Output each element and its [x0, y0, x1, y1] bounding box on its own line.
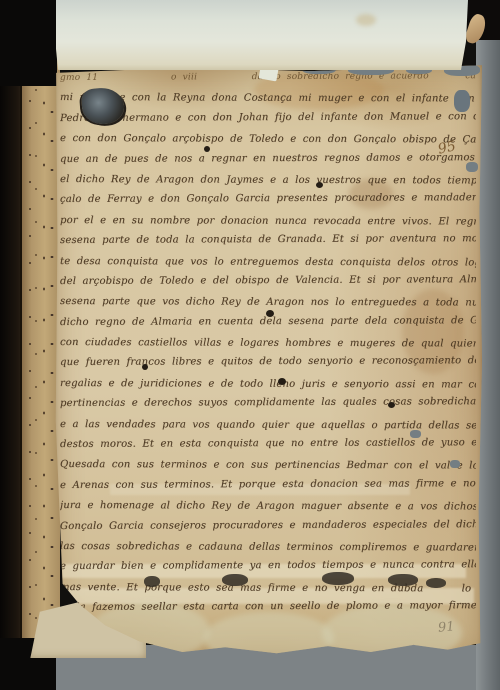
dark-corner-top-left [0, 0, 57, 86]
text-line: nella fazemos seellar esta carta con un … [60, 596, 476, 618]
damage-smudge [388, 574, 418, 586]
damage-smudge [322, 572, 354, 585]
text-line: çalo de Ferray e don Gonçalo Garcia pres… [60, 189, 476, 211]
ink-spot [266, 310, 274, 317]
paper-hole [410, 430, 421, 438]
damage-smudge [426, 578, 446, 588]
text-line: del arçobispo de Toledo e del obispo de … [60, 270, 476, 292]
text-line: que an de pues de nos a regnar en nuestr… [60, 148, 476, 170]
text-line: e Arenas con sus terminos. Et porque est… [60, 474, 476, 496]
folio-number-corner: 91 [437, 619, 455, 635]
text-line: que fueren francos libres e quitos de to… [60, 352, 476, 374]
ink-spot [316, 182, 323, 188]
ink-spot [204, 146, 210, 152]
ink-spot [388, 402, 395, 408]
handwritten-text-block: gmo 11 o viii dando sobredicho regno e a… [60, 68, 476, 620]
ink-spot [142, 364, 148, 370]
text-line: sesena parte de toda la conquista de Gra… [60, 229, 476, 251]
manuscript-leaf: gmo 11 o viii dando sobredicho regno e a… [54, 64, 482, 658]
damage-smudge [144, 576, 160, 587]
page-edges-strip [20, 36, 60, 652]
paper-hole [466, 162, 478, 172]
damage-smudge [222, 574, 248, 586]
ink-spot [278, 378, 286, 385]
text-line: Gonçalo Garcia consejeros procuradores e… [60, 515, 476, 537]
guard-leaf-top [56, 0, 468, 70]
stain [356, 14, 376, 26]
text-line: pertinencias e derechos suyos complidame… [60, 392, 476, 414]
paper-hole [450, 460, 460, 468]
manuscript-photo: gmo 11 o viii dando sobredicho regno e a… [0, 0, 500, 690]
paper-hole [454, 90, 470, 112]
